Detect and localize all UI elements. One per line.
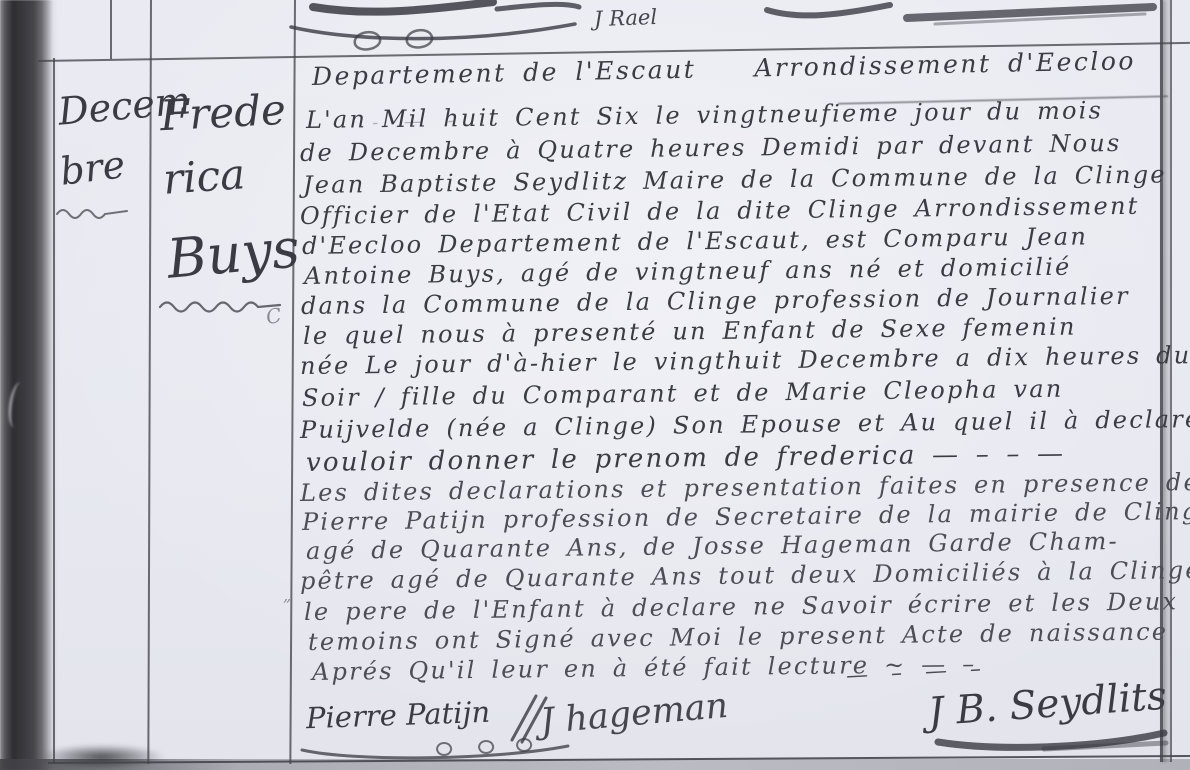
margin-month-line2: bre [58,142,128,194]
table-rule-right-fill [1163,0,1170,762]
act-header-arrondissement: Arrondissement d'Eecloo [754,46,1136,82]
margin-child-name-line1: Frede [159,85,287,141]
month-underline-squiggle [55,206,133,220]
margin-child-name-line2: rica [161,149,246,204]
table-rule-name-column [289,0,296,764]
previous-act-signature-flourish-left [283,0,583,58]
stray-ink-mark-quote: „ [283,586,291,605]
signature-witness-hageman: J hageman [539,686,730,742]
table-rule-right-inner [1160,0,1163,762]
seydlits-signature-underline [934,724,1170,754]
scanned-birth-register-page: J Rael Decem bre Frede rica Buys Departe… [0,0,1190,770]
act-line: L'an Mil huit Cent Six le vingtneufieme … [306,96,1103,134]
table-rule-toprow-divider [110,0,112,59]
table-rule-right-outer [1170,0,1172,762]
act-header-department: Departement de l'Escaut [312,55,697,91]
act-line: Soir / fille du Comparant et de Marie Cl… [302,375,1064,412]
table-rule-left [53,58,55,764]
previous-act-signature-flourish-right [755,0,1165,44]
book-binding-shadow [0,0,58,770]
act-line: de Decembre à Quatre heures Demidi par d… [300,129,1122,167]
previous-act-signature-jrael: J Rael [594,5,658,31]
signature-witness-patijn: Pierre Patijn [305,695,490,735]
margin-child-surname: Buys [165,216,303,290]
